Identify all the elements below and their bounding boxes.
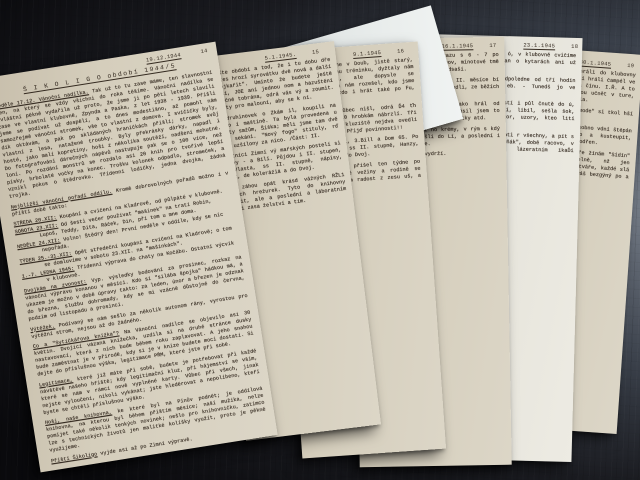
body-paragraphs: Dvojkám na zvonost: Vyp. výsledky bodová… <box>24 254 268 454</box>
page-number: 16 <box>397 48 404 54</box>
page-number: 19 <box>627 63 634 69</box>
page-number: 14 <box>200 48 208 55</box>
page-date: 16.1.1945 <box>441 43 473 50</box>
page-number: 15 <box>312 49 320 56</box>
page-number: 17 <box>489 43 496 49</box>
page-number: 18 <box>571 44 578 50</box>
underlined-heading: Výtěžek. <box>30 323 56 333</box>
underlined-heading: Legitimace, <box>38 377 73 388</box>
page-date: 23.1.1945 <box>523 43 555 50</box>
photograph-of-documents: 30.1.1945 19 Hockey byl hrán, hráli do k… <box>0 0 640 480</box>
